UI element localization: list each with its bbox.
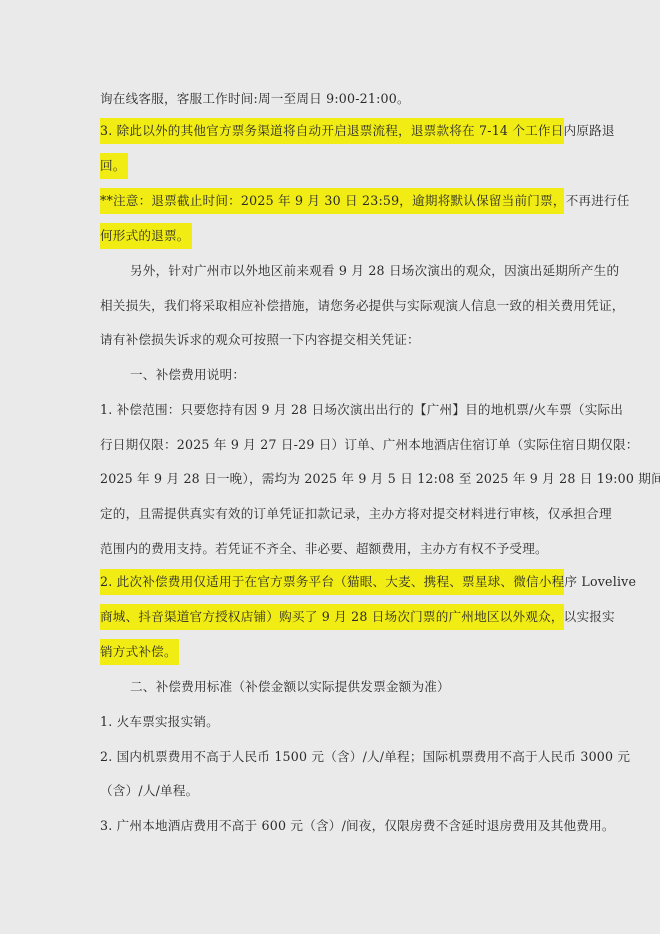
section-heading-compensation-description: 一、补偿费用说明：	[130, 362, 245, 388]
paragraph-compensation-intro-2: 相关损失，我们将采取相应补偿措施，请您务必提供与实际观演人信息一致的相关费用凭证…	[100, 293, 625, 319]
item-compensation-scope-3: 2025 年 9 月 28 日一晚），需均为 2025 年 9 月 5 日 12…	[100, 466, 660, 492]
item-compensation-scope-5: 范围内的费用支持。若凭证不齐全、非必要、超额费用，主办方有权不予受理。	[100, 536, 548, 562]
item-flight-ticket: 2. 国内机票费用不高于人民币 1500 元（含）/人/单程；国际机票费用不高于…	[100, 744, 630, 770]
section-heading-compensation-standard: 二、补偿费用标准（补偿金额以实际提供发票金额为准）	[130, 674, 450, 700]
highlight-line-refund-deadline: **注意：退票截止时间：2025 年 9 月 30 日 23:59，逾期将默认保…	[100, 188, 564, 214]
item-flight-ticket-cont: （含）/人/单程。	[100, 778, 198, 804]
paragraph-compensation-intro-3: 请有补偿损失诉求的观众可按照一下内容提交相关凭证：	[100, 327, 420, 353]
highlight-line-eligible-platforms: 2. 此次补偿费用仅适用于在官方票务平台（猫眼、大麦、携程、票星球、微信小程序 …	[100, 569, 564, 595]
highlight-line-eligible-platforms-3: 销方式补偿。	[100, 639, 179, 665]
highlight-line-refund-deadline-cont: 何形式的退票。	[100, 223, 192, 249]
highlight-line-refund-process: 3. 除此以外的其他官方票务渠道将自动开启退票流程，退票款将在 7-14 个工作…	[100, 118, 564, 144]
item-compensation-scope: 1. 补偿范围：只要您持有因 9 月 28 日场次演出出行的【广州】目的地机票/…	[100, 397, 623, 423]
highlight-line-refund-process-cont: 回。	[100, 153, 128, 179]
text-line-service-hours: 询在线客服，客服工作时间:周一至周日 9:00-21:00。	[100, 86, 410, 112]
item-train-ticket: 1. 火车票实报实销。	[100, 709, 219, 735]
item-compensation-scope-4: 定的，且需提供真实有效的订单凭证扣款记录，主办方将对提交材料进行审核，仅承担合理	[100, 501, 612, 527]
item-compensation-scope-2: 行日期仅限：2025 年 9 月 27 日-29 日）订单、广州本地酒店住宿订单…	[100, 432, 639, 458]
highlight-line-eligible-platforms-2: 商城、抖音渠道官方授权店铺）购买了 9 月 28 日场次门票的广州地区以外观众，…	[100, 604, 564, 630]
paragraph-compensation-intro: 另外，针对广州市以外地区前来观看 9 月 28 日场次演出的观众，因演出延期所产…	[130, 258, 619, 284]
item-hotel: 3. 广州本地酒店费用不高于 600 元（含）/间夜，仅限房费不含延时退房费用及…	[100, 813, 615, 839]
